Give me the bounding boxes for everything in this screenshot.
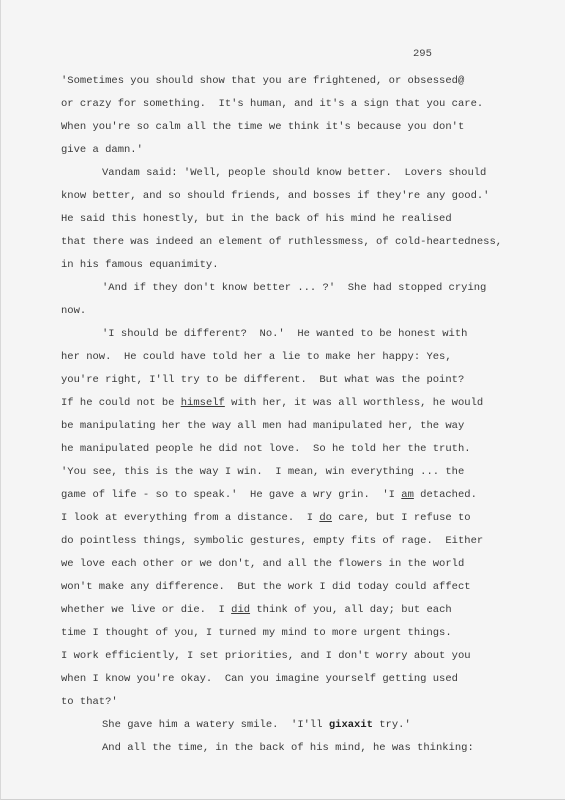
text-segment: She gave him a watery smile. 'I'll — [102, 719, 329, 731]
underlined-word: himself — [181, 397, 225, 409]
text-line: game of life - so to speak.' He gave a w… — [61, 484, 561, 507]
text-line: her now. He could have told her a lie to… — [61, 346, 561, 369]
text-segment: care, but I refuse to — [332, 512, 471, 524]
text-line: give a damn.' — [61, 139, 561, 162]
text-line: I look at everything from a distance. I … — [61, 507, 561, 530]
text-line: And all the time, in the back of his min… — [61, 737, 561, 760]
text-segment: her now. He could have told her a lie to… — [61, 351, 452, 363]
text-line: won't make any difference. But the work … — [61, 576, 561, 599]
text-line: 'Sometimes you should show that you are … — [61, 70, 561, 93]
text-segment: If he could not be — [61, 397, 181, 409]
text-line: he manipulated people he did not love. S… — [61, 438, 561, 461]
text-line: When you're so calm all the time we thin… — [61, 116, 561, 139]
text-segment: or crazy for something. It's human, and … — [61, 98, 483, 110]
text-segment: try.' — [373, 719, 411, 731]
text-segment: whether we live or die. I — [61, 604, 231, 616]
text-segment: detached. — [414, 489, 477, 501]
text-segment: 'You see, this is the way I win. I mean,… — [61, 466, 464, 478]
manuscript-body: 'Sometimes you should show that you are … — [61, 70, 561, 760]
underlined-word: did — [231, 604, 250, 616]
text-line: you're right, I'll try to be different. … — [61, 369, 561, 392]
text-line: know better, and so should friends, and … — [61, 185, 561, 208]
text-segment: know better, and so should friends, and … — [61, 190, 489, 202]
page-number: 295 — [413, 48, 432, 60]
text-segment: to that?' — [61, 696, 118, 708]
text-line: time I thought of you, I turned my mind … — [61, 622, 561, 645]
text-segment: you're right, I'll try to be different. … — [61, 374, 464, 386]
text-segment: he manipulated people he did not love. S… — [61, 443, 471, 455]
text-line: Vandam said: 'Well, people should know b… — [61, 162, 561, 185]
text-segment: when I know you're okay. Can you imagine… — [61, 673, 458, 685]
text-segment: do pointless things, symbolic gestures, … — [61, 535, 483, 547]
text-segment: When you're so calm all the time we thin… — [61, 121, 464, 133]
text-segment: game of life - so to speak.' He gave a w… — [61, 489, 401, 501]
text-segment: Vandam said: 'Well, people should know b… — [102, 167, 486, 179]
text-line: in his famous equanimity. — [61, 254, 561, 277]
text-line: 'And if they don't know better ... ?' Sh… — [61, 277, 561, 300]
underlined-word: do — [319, 512, 332, 524]
text-line: I work efficiently, I set priorities, an… — [61, 645, 561, 668]
text-segment: give a damn.' — [61, 144, 143, 156]
underlined-word: am — [401, 489, 414, 501]
text-segment: I work efficiently, I set priorities, an… — [61, 650, 471, 662]
text-line: whether we live or die. I did think of y… — [61, 599, 561, 622]
text-segment: He said this honestly, but in the back o… — [61, 213, 452, 225]
text-line: to that?' — [61, 691, 561, 714]
text-line: 'I should be different? No.' He wanted t… — [61, 323, 561, 346]
text-segment: with her, it was all worthless, he would — [225, 397, 483, 409]
text-segment: we love each other or we don't, and all … — [61, 558, 464, 570]
text-segment: 'I should be different? No.' He wanted t… — [102, 328, 467, 340]
text-segment: 'And if they don't know better ... ?' Sh… — [102, 282, 486, 294]
typed-over-word: gixaxit — [329, 719, 373, 731]
text-segment: in his famous equanimity. — [61, 259, 219, 271]
text-segment: And all the time, in the back of his min… — [102, 742, 474, 754]
text-segment: think of you, all day; but each — [250, 604, 452, 616]
text-segment: 'Sometimes you should show that you are … — [61, 75, 464, 87]
text-segment: I look at everything from a distance. I — [61, 512, 319, 524]
text-segment: be manipulating her the way all men had … — [61, 420, 464, 432]
text-line: that there was indeed an element of ruth… — [61, 231, 561, 254]
typewritten-page: 295 'Sometimes you should show that you … — [0, 0, 565, 800]
text-line: when I know you're okay. Can you imagine… — [61, 668, 561, 691]
text-line: we love each other or we don't, and all … — [61, 553, 561, 576]
text-line: or crazy for something. It's human, and … — [61, 93, 561, 116]
text-line: He said this honestly, but in the back o… — [61, 208, 561, 231]
text-line: She gave him a watery smile. 'I'll gixax… — [61, 714, 561, 737]
text-line: be manipulating her the way all men had … — [61, 415, 561, 438]
text-line: 'You see, this is the way I win. I mean,… — [61, 461, 561, 484]
text-segment: time I thought of you, I turned my mind … — [61, 627, 452, 639]
text-line: If he could not be himself with her, it … — [61, 392, 561, 415]
text-segment: now. — [61, 305, 86, 317]
text-line: do pointless things, symbolic gestures, … — [61, 530, 561, 553]
text-segment: that there was indeed an element of ruth… — [61, 236, 502, 248]
text-segment: won't make any difference. But the work … — [61, 581, 471, 593]
text-line: now. — [61, 300, 561, 323]
